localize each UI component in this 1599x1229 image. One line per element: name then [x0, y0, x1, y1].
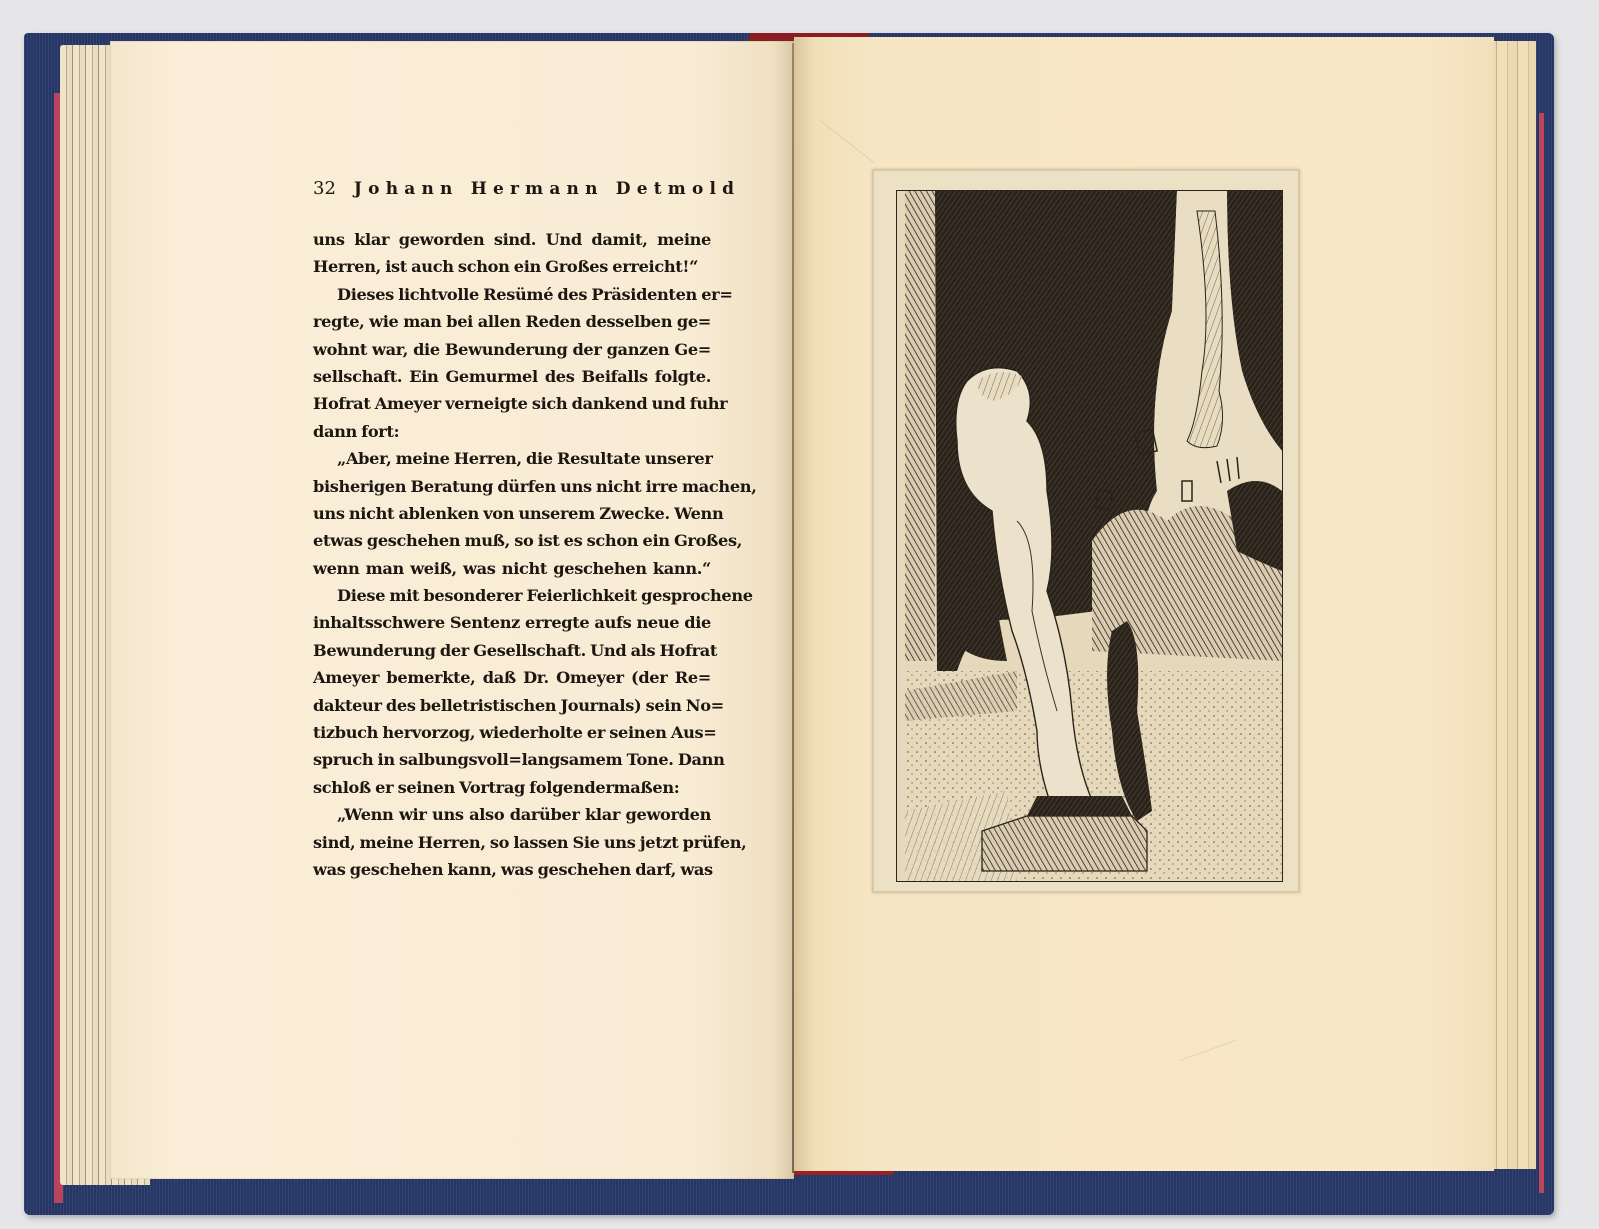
text-line: Hofrat Ameyer verneigte sich dankend und…: [313, 390, 711, 417]
book-cover: [24, 33, 1554, 1215]
text-line: „Aber, meine Herren, die Resultate unser…: [313, 445, 711, 472]
gutter: [792, 43, 794, 1173]
text-line: was geschehen kann, was geschehen darf, …: [313, 856, 711, 883]
text-line: schloß er seinen Vortrag folgendermaßen:: [313, 774, 711, 801]
text-line: „Wenn wir uns also darüber klar geworden: [313, 801, 711, 828]
text-line: uns nicht ablenken von unserem Zwecke. W…: [313, 500, 711, 527]
text-line: uns klar geworden sind. Und damit, meine: [313, 226, 711, 253]
text-line: dann fort:: [313, 418, 711, 445]
page-number: 32: [313, 178, 336, 199]
running-head-title: Johann Hermann Detmold: [354, 179, 740, 199]
etching-illustration: [896, 190, 1283, 882]
text-line: bisherigen Beratung dürfen uns nicht irr…: [313, 473, 711, 500]
text-line: inhaltsschwere Sentenz erregte aufs neue…: [313, 609, 711, 636]
text-line: sind, meine Herren, so lassen Sie uns je…: [313, 829, 711, 856]
text-line: Herren, ist auch schon ein Großes erreic…: [313, 253, 711, 280]
body-text: uns klar geworden sind. Und damit, meine…: [313, 226, 711, 883]
running-head: 32 Johann Hermann Detmold: [313, 178, 708, 199]
text-line: tizbuch hervorzog, wiederholte er seinen…: [313, 719, 711, 746]
text-line: Diese mit besonderer Feierlichkeit gespr…: [313, 582, 711, 609]
text-line: Bewunderung der Gesellschaft. Und als Ho…: [313, 637, 711, 664]
endpaper-edge-right: [1539, 113, 1544, 1193]
text-line: etwas geschehen muß, so ist es schon ein…: [313, 527, 711, 554]
text-line: Ameyer bemerkte, daß Dr. Omeyer (der Re=: [313, 664, 711, 691]
text-line: regte, wie man bei allen Reden desselben…: [313, 308, 711, 335]
text-line: sellschaft. Ein Gemurmel des Beifalls fo…: [313, 363, 711, 390]
text-line: spruch in salbungsvoll=langsamem Tone. D…: [313, 746, 711, 773]
text-line: Dieses lichtvolle Resümé des Präsidenten…: [313, 281, 711, 308]
text-line: dakteur des belletristischen Journals) s…: [313, 692, 711, 719]
text-line: wohnt war, die Bewunderung der ganzen Ge…: [313, 336, 711, 363]
text-line: wenn man weiß, was nicht geschehen kann.…: [313, 555, 711, 582]
